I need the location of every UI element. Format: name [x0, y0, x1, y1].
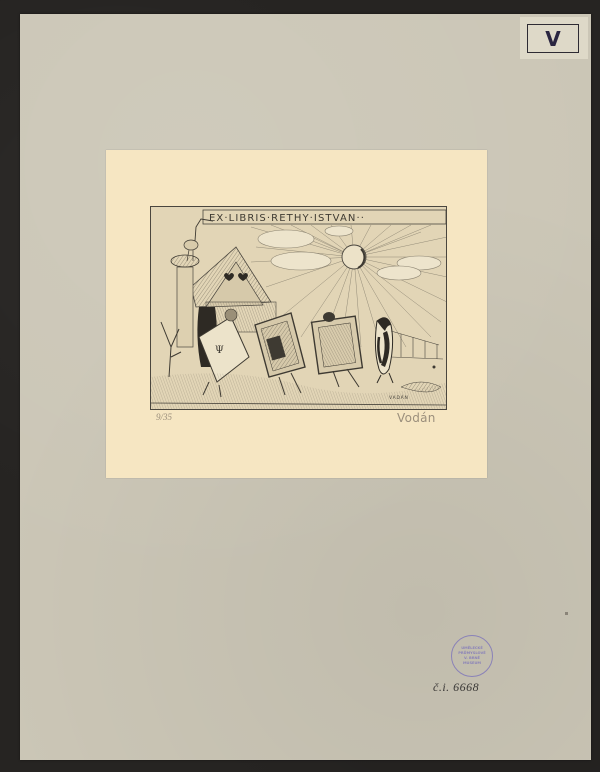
- artist-signature: Vodán: [397, 411, 436, 425]
- etching-illustration: EX·LIBRIS·RETHY·ISTVAN··: [151, 207, 447, 410]
- inventory-number: č.i. 6668: [433, 680, 479, 695]
- svg-text:Ψ: Ψ: [215, 345, 224, 356]
- stamp-line-4: MUSEUM: [463, 661, 481, 666]
- museum-stamp: UMĚLECKÉ PRŮMYSLOVÉ V. BRNĚ MUSEUM: [451, 635, 493, 677]
- plate-signature: VADÁN: [389, 394, 409, 401]
- small-mark: [565, 612, 568, 615]
- volume-label-text: V: [527, 24, 579, 53]
- ex-libris-inscription: EX·LIBRIS·RETHY·ISTVAN··: [209, 213, 365, 224]
- edition-number: 9/35: [156, 412, 172, 422]
- etching-plate: EX·LIBRIS·RETHY·ISTVAN··: [150, 206, 447, 410]
- volume-label: V: [520, 17, 588, 59]
